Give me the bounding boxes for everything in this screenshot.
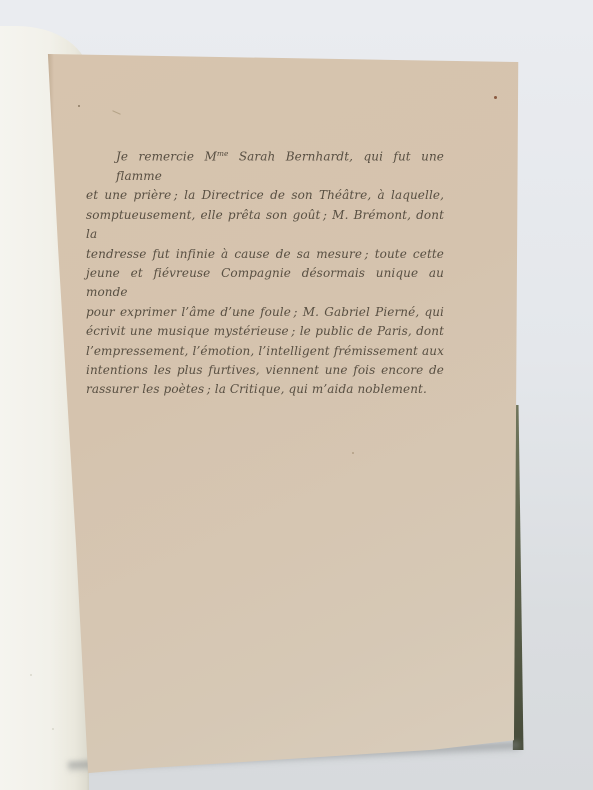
paper-speck [30, 674, 32, 676]
text-line: somptueusement, elle prêta son goût ; M.… [86, 206, 444, 245]
text-line: tendresse fut infinie à cause de sa mesu… [86, 245, 444, 264]
paper-speck [78, 105, 80, 107]
paper-speck [352, 452, 354, 454]
paper-speck [52, 728, 54, 730]
text-line: pour exprimer l’âme d’une foule ; M. Gab… [86, 303, 444, 322]
text-line: jeune et fiévreuse Compagnie désormais u… [86, 264, 444, 303]
superscript-abbreviation: me [217, 149, 229, 158]
text-segment: Je remercie M [116, 150, 217, 164]
text-line: écrivit une musique mystérieuse ; le pub… [86, 322, 444, 341]
text-line: rassurer les poètes ; la Critique, qui m… [86, 380, 444, 399]
paper-speck [238, 312, 240, 314]
text-line: et une prière ; la Directrice de son Thé… [86, 186, 444, 205]
dedication-text: Je remercie Mme Sarah Bernhardt, qui fut… [86, 144, 444, 400]
text-line: intentions les plus furtives, viennent u… [86, 361, 444, 380]
paper-speck [494, 96, 497, 99]
photo-background: Je remercie Mme Sarah Bernhardt, qui fut… [0, 0, 593, 790]
text-line: Je remercie Mme Sarah Bernhardt, qui fut… [86, 144, 444, 186]
book-page: Je remercie Mme Sarah Bernhardt, qui fut… [46, 46, 524, 776]
text-line: l’empressement, l’émotion, l’intelligent… [86, 342, 444, 361]
